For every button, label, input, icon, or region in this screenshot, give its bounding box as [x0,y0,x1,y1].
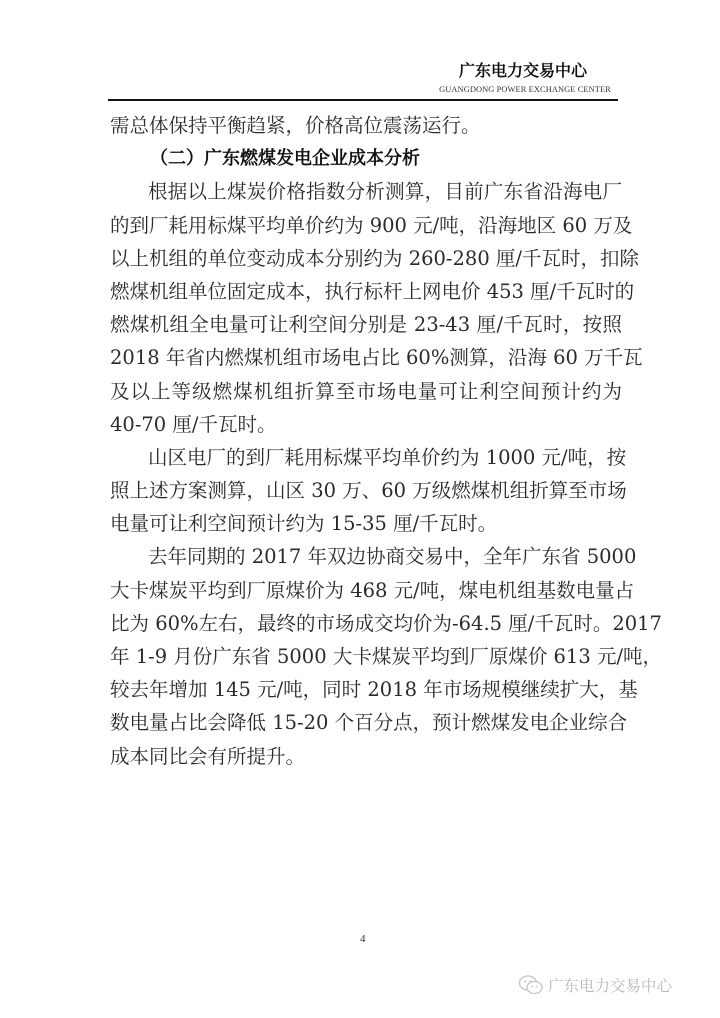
watermark: 广东电力交易中心 [518,974,672,996]
text-line: 电量可让利空间预计约为 15-35 厘/千瓦时。 [110,507,622,540]
text-line: 大卡煤炭平均到厂原煤价为 468 元/吨，煤电机组基数电量占 [110,574,622,607]
text-line: 2018 年省内燃煤机组市场电占比 60%测算，沿海 60 万千瓦 [110,341,622,374]
header-subtitle: GUANGDONG POWER EXCHANGE CENTER [430,85,620,94]
watermark-text: 广东电力交易中心 [548,974,672,996]
section-heading: （二）广东燃煤发电企业成本分析 [110,142,622,175]
text-line: 数电量占比会降低 15-20 个百分点，预计燃煤发电企业综合 [110,706,622,739]
document-body: 需总体保持平衡趋紧，价格高位震荡运行。 （二）广东燃煤发电企业成本分析 根据以上… [110,109,622,773]
wechat-icon [518,974,544,996]
text-line: 成本同比会有所提升。 [110,740,622,773]
text-line: 年 1-9 月份广东省 5000 大卡煤炭平均到厂原煤价 613 元/吨， [110,640,622,673]
text-line: 的到厂耗用标煤平均单价约为 900 元/吨，沿海地区 60 万及 [110,209,622,242]
header-divider [108,99,618,101]
text-line: 燃煤机组单位固定成本，执行标杆上网电价 453 厘/千瓦时的 [110,275,622,308]
text-line: 燃煤机组全电量可让利空间分别是 23-43 厘/千瓦时，按照 [110,308,622,341]
header-title: 广东电力交易中心 [448,58,598,81]
text-line: 以上机组的单位变动成本分别约为 260-280 厘/千瓦时，扣除 [110,242,622,275]
text-line: 需总体保持平衡趋紧，价格高位震荡运行。 [110,109,622,142]
text-line: 比为 60%左右，最终的市场成交均价为-64.5 厘/千瓦时。2017 [110,607,622,640]
text-line: 较去年增加 145 元/吨，同时 2018 年市场规模继续扩大，基 [110,673,622,706]
paragraph-first-line: 根据以上煤炭价格指数分析测算，目前广东省沿海电厂 [110,175,622,208]
text-line: 及以上等级燃煤机组折算至市场电量可让利空间预计约为 [110,375,622,408]
paragraph-first-line: 山区电厂的到厂耗用标煤平均单价约为 1000 元/吨，按 [110,441,622,474]
paragraph-first-line: 去年同期的 2017 年双边协商交易中，全年广东省 5000 [110,540,622,573]
text-line: 40-70 厘/千瓦时。 [110,408,622,441]
page-number: 4 [360,933,366,945]
text-line: 照上述方案测算，山区 30 万、60 万级燃煤机组折算至市场 [110,474,622,507]
